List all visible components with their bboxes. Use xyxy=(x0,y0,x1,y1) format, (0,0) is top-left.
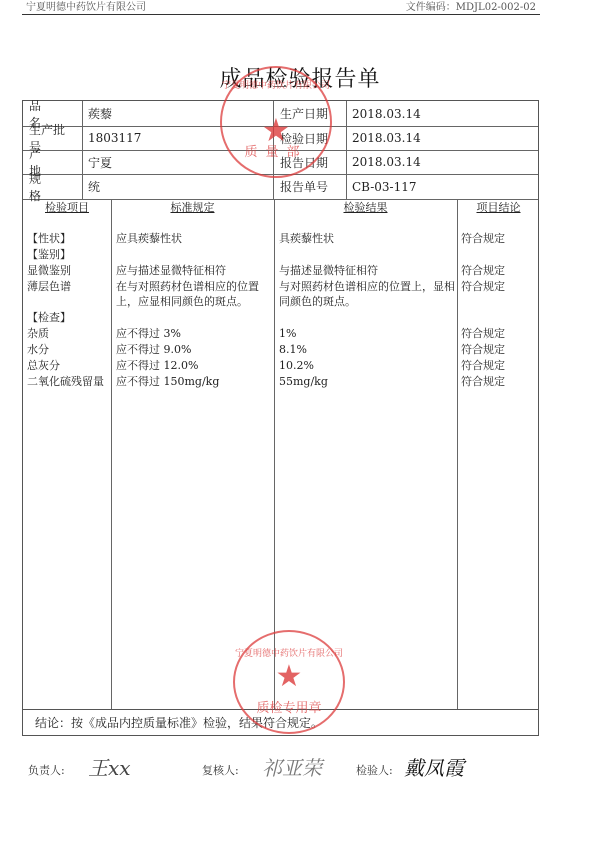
col-header-conclusion: 项目结论 xyxy=(457,199,540,215)
col-header-standard: 标准规定 xyxy=(111,199,274,215)
row-item: 【鉴别】 xyxy=(27,247,71,262)
reviewer-signature: 祁亚荣 xyxy=(262,752,322,781)
row-standard: 在与对照药材色谱相应的位置 xyxy=(116,279,259,294)
column-divider xyxy=(457,199,458,709)
product-name: 蒺藜 xyxy=(82,101,272,126)
responsible-label: 负责人: xyxy=(28,762,65,778)
row-standard: 上，应显相同颜色的斑点。 xyxy=(116,294,248,309)
report-date: 2018.03.14 xyxy=(346,150,538,174)
info-row: 产 地 宁夏 报告日期 2018.03.14 xyxy=(23,150,538,175)
row-item: 【性状】 xyxy=(27,231,71,246)
info-row: 生产批号 1803117 检验日期 2018.03.14 xyxy=(23,126,538,151)
report-no: CB-03-117 xyxy=(346,174,538,199)
row-result: 10.2% xyxy=(279,358,314,373)
row-conclusion: 符合规定 xyxy=(461,279,505,294)
row-item: 杂质 xyxy=(27,326,49,341)
company-name: 宁夏明德中药饮片有限公司 xyxy=(26,0,146,13)
row-result: 1% xyxy=(279,326,296,341)
info-row: 品 名 蒺藜 生产日期 2018.03.14 xyxy=(23,101,538,127)
column-divider xyxy=(111,199,112,709)
row-item: 总灰分 xyxy=(27,358,60,373)
row-standard: 应与描述显微特征相符 xyxy=(116,263,226,278)
row-conclusion: 符合规定 xyxy=(461,263,505,278)
prod-date: 2018.03.14 xyxy=(346,101,538,126)
row-conclusion: 符合规定 xyxy=(461,374,505,389)
row-result: 与描述显微特征相符 xyxy=(279,263,378,278)
inspector-signature: 戴凤霞 xyxy=(404,752,464,781)
row-conclusion: 符合规定 xyxy=(461,358,505,373)
row-item: 薄层色谱 xyxy=(27,279,71,294)
row-standard: 应不得过 9.0% xyxy=(116,342,191,357)
row-result: 与对照药材色谱相应的位置上，显相 xyxy=(279,279,455,294)
reviewer-label: 复核人: xyxy=(202,762,239,778)
row-conclusion: 符合规定 xyxy=(461,342,505,357)
page-title: 成品检验报告单 xyxy=(0,62,600,93)
row-conclusion: 符合规定 xyxy=(461,326,505,341)
conclusion: 结论：按《成品内控质量标准》检验，结果符合规定。 xyxy=(23,709,538,735)
info-row: 规 格 统 报告单号 CB-03-117 xyxy=(23,174,538,200)
row-item: 【检查】 xyxy=(27,310,71,325)
row-item: 水分 xyxy=(27,342,49,357)
prod-date-label: 生产日期 xyxy=(273,101,346,126)
col-header-result: 检验结果 xyxy=(274,199,457,215)
row-result: 55mg/kg xyxy=(279,374,328,389)
row-conclusion: 符合规定 xyxy=(461,231,505,246)
row-standard: 应不得过 12.0% xyxy=(116,358,198,373)
row-standard: 应具蒺藜性状 xyxy=(116,231,182,246)
origin: 宁夏 xyxy=(82,150,272,174)
inspector-label: 检验人: xyxy=(356,762,393,778)
row-item: 二氧化硫残留量 xyxy=(27,374,104,389)
row-result: 具蒺藜性状 xyxy=(279,231,334,246)
test-date: 2018.03.14 xyxy=(346,126,538,150)
report-no-label: 报告单号 xyxy=(273,174,346,199)
column-divider xyxy=(274,199,275,709)
row-standard: 应不得过 3% xyxy=(116,326,181,341)
row-item: 显微鉴别 xyxy=(27,263,71,278)
spec-label: 规 格 xyxy=(23,174,82,199)
row-result: 8.1% xyxy=(279,342,307,357)
batch-number: 1803117 xyxy=(82,126,272,150)
page-header: 宁夏明德中药饮片有限公司 文件编码：MDJL02-002-02 xyxy=(22,0,540,15)
spec: 统 xyxy=(82,174,272,199)
doc-code: 文件编码：MDJL02-002-02 xyxy=(406,0,536,13)
col-header-item: 检验项目 xyxy=(23,199,111,215)
responsible-signature: 王xx xyxy=(88,752,131,781)
report-date-label: 报告日期 xyxy=(273,150,346,174)
test-date-label: 检验日期 xyxy=(273,126,346,150)
row-result: 同颜色的斑点。 xyxy=(279,294,356,309)
report-table: 品 名 蒺藜 生产日期 2018.03.14 生产批号 1803117 检验日期… xyxy=(22,100,539,736)
row-standard: 应不得过 150mg/kg xyxy=(116,374,219,389)
